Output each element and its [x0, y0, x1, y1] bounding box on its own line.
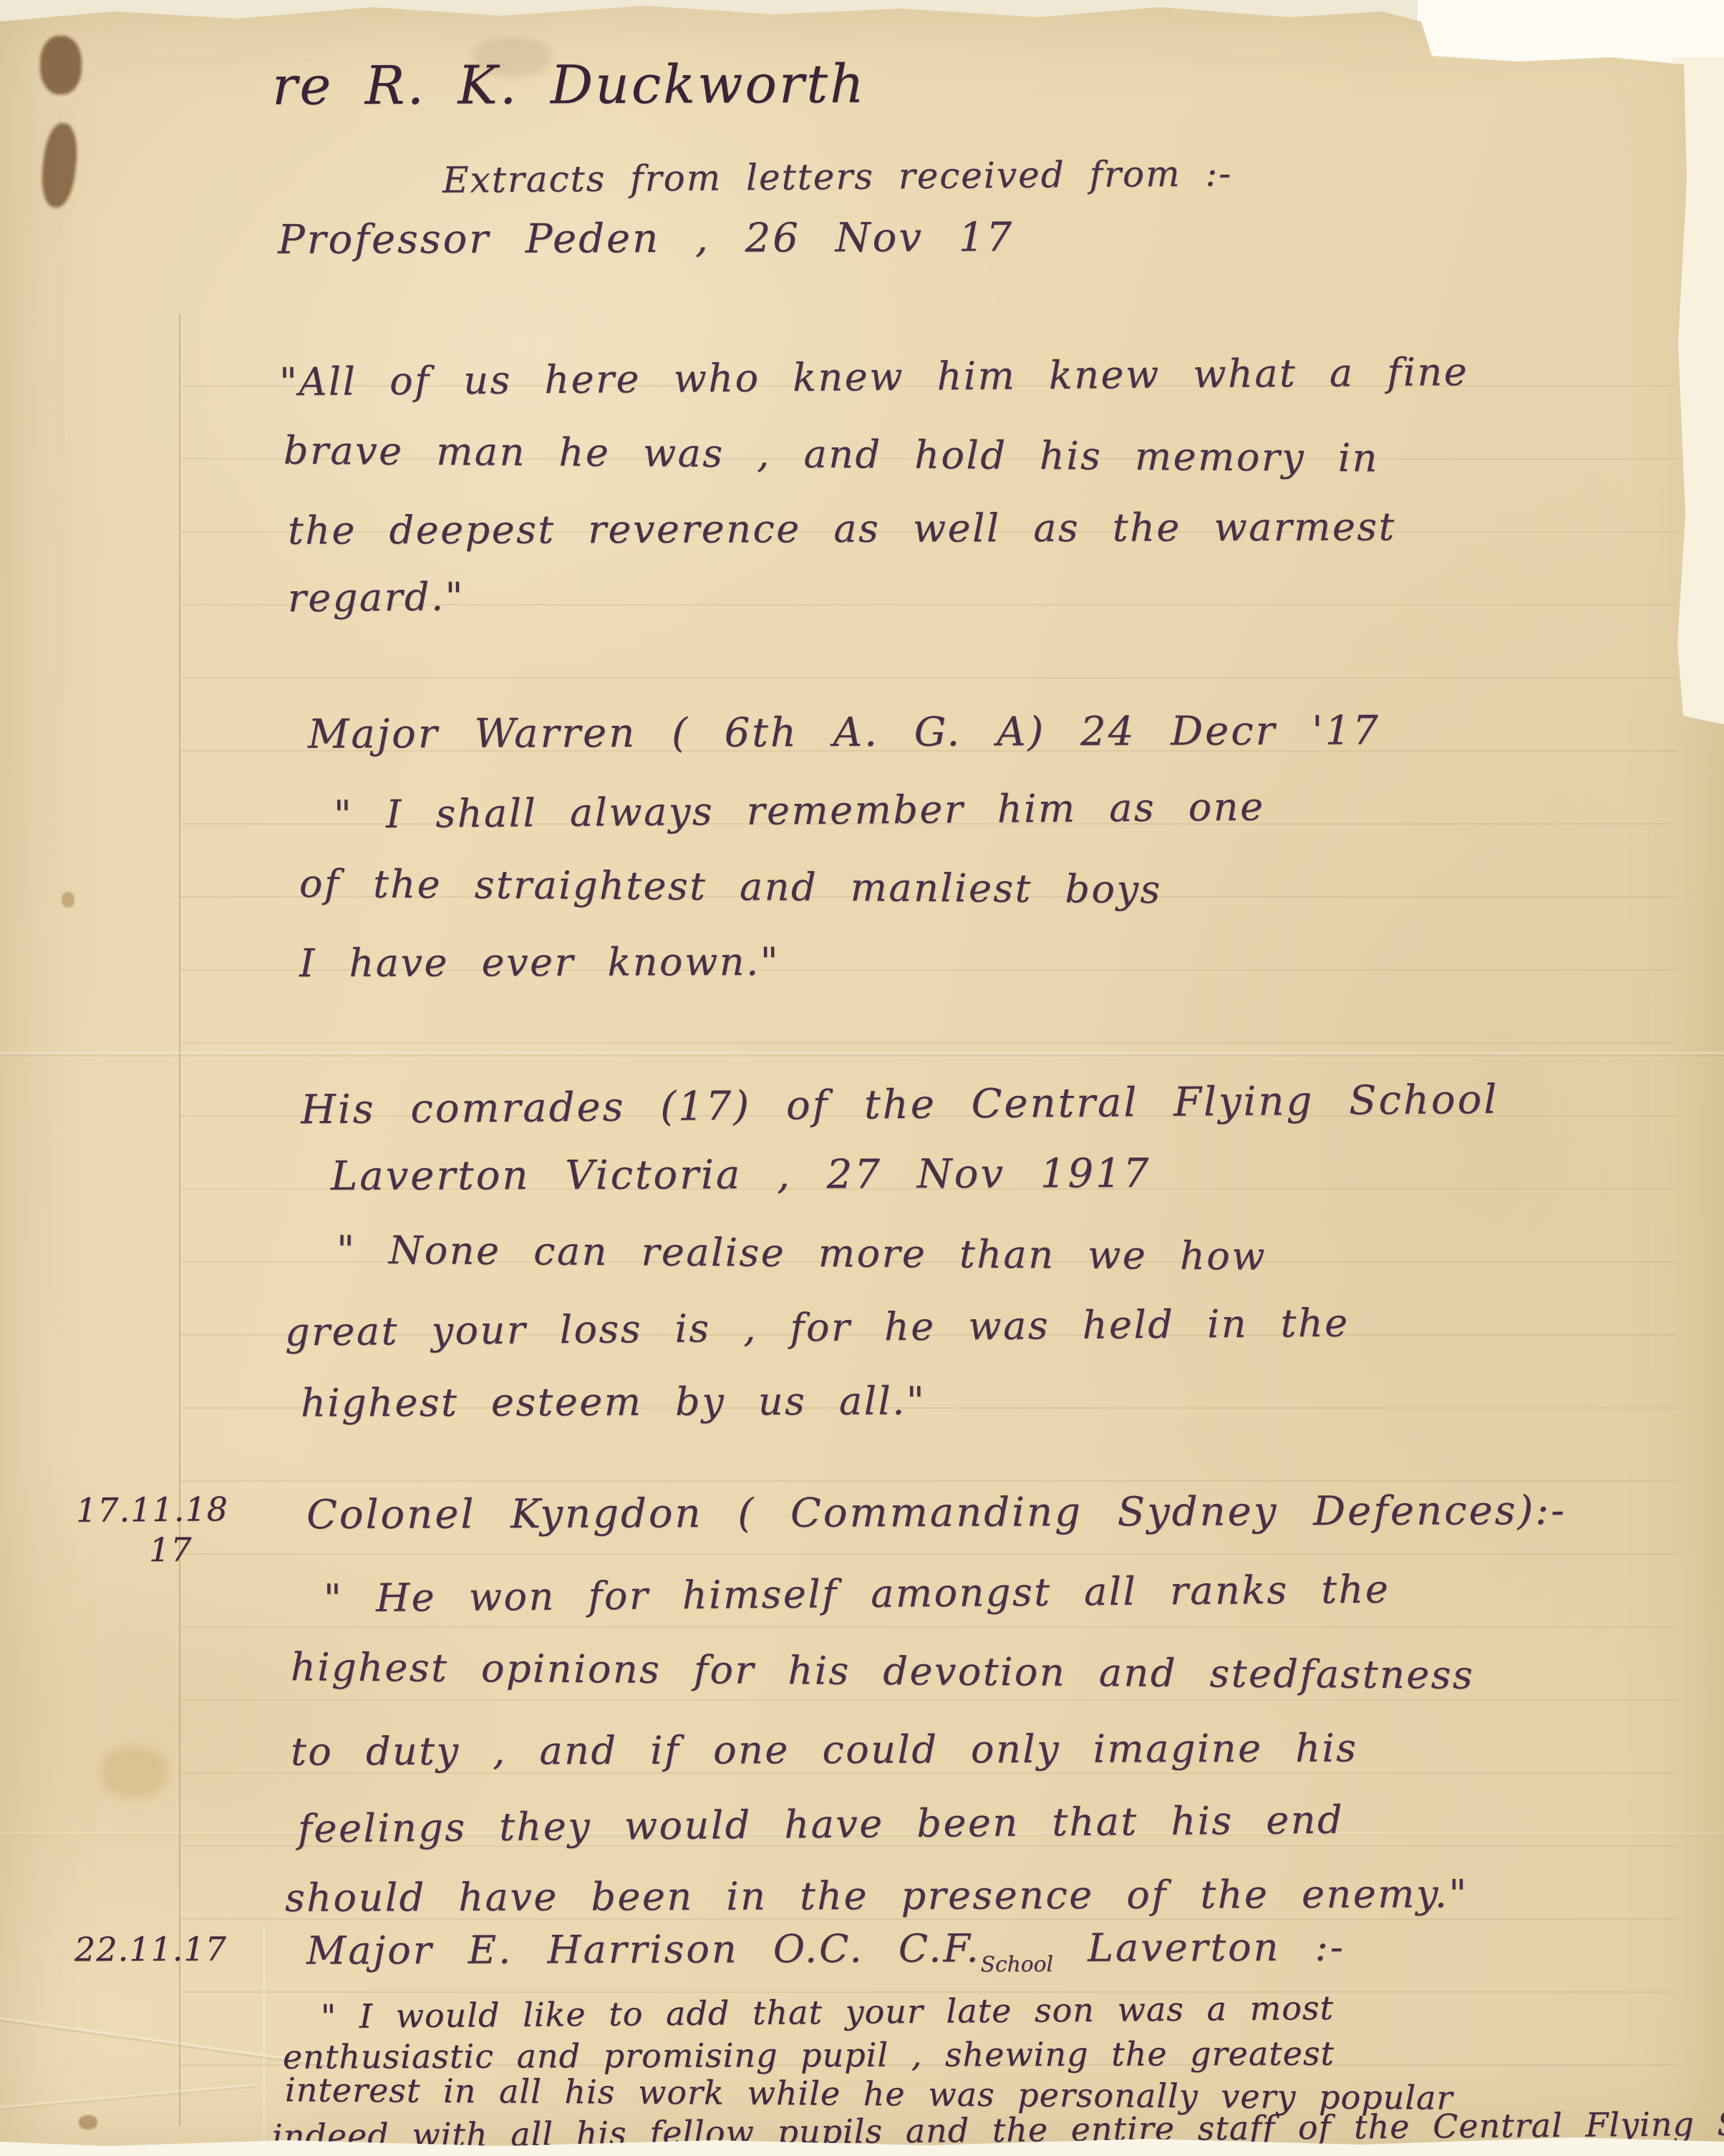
quote-line: highest opinions for his devotion and st…: [291, 1648, 1475, 1695]
letter-paper: re R. K. Duckworth Extracts from letters…: [0, 0, 1724, 2156]
margin-date: 17.11.18: [76, 1492, 228, 1527]
page-heading: re R. K. Duckworth: [272, 58, 866, 113]
paper-stain: [100, 1747, 168, 1798]
quote-line: highest esteem by us all.": [301, 1382, 926, 1422]
ink-spot: [62, 892, 74, 908]
quote-line: I have ever known.": [299, 943, 780, 983]
entry-source-peden: Professor Peden , 26 Nov 17: [278, 218, 1014, 261]
quote-line: regard.": [288, 578, 465, 618]
quote-line: "All of us here who knew him knew what a…: [279, 353, 1469, 402]
entry-source-harrison: Major E. Harrison O.C. C.F.School Lavert…: [306, 1928, 1345, 1978]
quote-line: " He won for himself amongst all ranks t…: [324, 1570, 1390, 1618]
quote-line: of the straightest and manliest boys: [299, 865, 1162, 909]
quote-line: " None can realise more than we how: [336, 1230, 1267, 1276]
quote-line: brave man he was , and hold his memory i…: [284, 432, 1379, 478]
margin-rule-line: [179, 314, 180, 2126]
entry-source-kyngdon: Colonel Kyngdon ( Commanding Sydney Defe…: [306, 1491, 1566, 1535]
entry-source-comrades-line2: Laverton Victoria , 27 Nov 1917: [331, 1154, 1151, 1197]
quote-line: the deepest reverence as well as the war…: [288, 508, 1396, 550]
quote-line: to duty , and if one could only imagine …: [291, 1729, 1358, 1771]
entry-source-harrison-suffix: Laverton :-: [1088, 1924, 1345, 1970]
quote-line: should have been in the presence of the …: [285, 1875, 1468, 1918]
entry-source-harrison-prefix: Major E. Harrison O.C. C.F.: [306, 1926, 981, 1973]
quote-line: " I shall always remember him as one: [334, 787, 1265, 834]
tape-residue-stain: [40, 36, 82, 94]
margin-date-correction: 17: [149, 1533, 193, 1566]
fold-crease: [262, 1926, 266, 2156]
fold-crease: [0, 2082, 258, 2112]
quote-line: feelings they would have been that his e…: [298, 1801, 1344, 1849]
quote-line: great your loss is , for he was held in …: [285, 1304, 1350, 1352]
entry-source-harrison-inserted-word: School: [981, 1952, 1053, 1977]
page-subheading: Extracts from letters received from :-: [442, 155, 1233, 198]
paper-stain: [79, 2115, 97, 2130]
quote-line: enthusiastic and promising pupil , shewi…: [283, 2036, 1335, 2073]
margin-date: 22.11.17: [74, 1933, 227, 1966]
fold-crease: [0, 1051, 1724, 1057]
scanned-letter-page: { "document": { "heading": "re R. K. Duc…: [0, 0, 1724, 2156]
quote-line: " I would like to add that your late son…: [321, 1991, 1334, 2033]
tape-residue-stain: [39, 122, 80, 209]
fold-crease: [0, 2012, 328, 2068]
entry-source-comrades: His comrades (17) of the Central Flying …: [301, 1080, 1499, 1131]
entry-source-warren: Major Warren ( 6th A. G. A) 24 Decr '17: [308, 711, 1380, 754]
